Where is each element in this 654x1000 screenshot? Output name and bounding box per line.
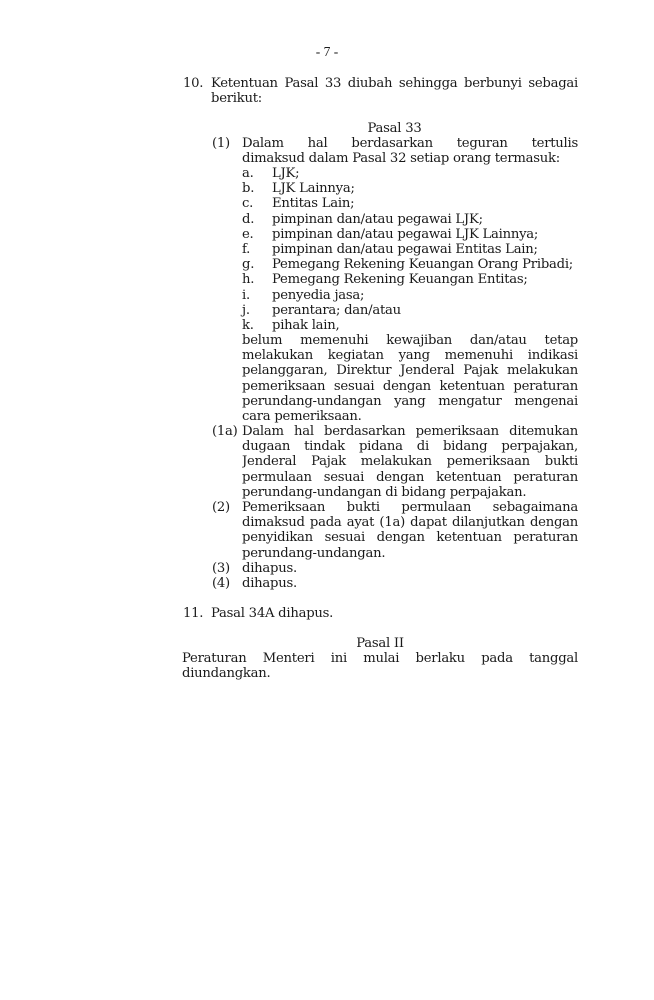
- point-label: i.: [242, 288, 250, 303]
- article-title-pasal-33: Pasal 33: [211, 121, 578, 136]
- ayat-2-line: penyidikan sesuai dengan ketentuan perat…: [242, 530, 578, 545]
- point-text: Entitas Lain;: [272, 196, 354, 211]
- item-11-text: Pasal 34A dihapus.: [211, 606, 333, 621]
- item-10-line: berikut:: [211, 91, 578, 106]
- point-text: penyedia jasa;: [272, 288, 364, 303]
- point-text: LJK;: [272, 166, 299, 181]
- pasal-2-line: Peraturan Menteri ini mulai berlaku pada…: [182, 651, 578, 666]
- page-number: - 7 -: [0, 44, 654, 60]
- item-10-text: Ketentuan Pasal 33 diubah sehingga berbu…: [211, 76, 578, 106]
- point-label: d.: [242, 212, 254, 227]
- ayat-2-text: Pemeriksaan bukti permulaan sebagaimana …: [242, 500, 578, 561]
- ayat-3-text: dihapus.: [242, 561, 297, 576]
- point-label: g.: [242, 257, 254, 272]
- point-text: pimpinan dan/atau pegawai LJK Lainnya;: [272, 227, 538, 242]
- pasal-2-text: Peraturan Menteri ini mulai berlaku pada…: [182, 651, 578, 681]
- ayat-2-line: dimaksud pada ayat (1a) dapat dilanjutka…: [242, 515, 578, 530]
- point-label: c.: [242, 196, 253, 211]
- point-text: pihak lain,: [272, 318, 339, 333]
- ayat-1-closing-line: belum memenuhi kewajiban dan/atau tetap: [242, 333, 578, 348]
- point-text: Pemegang Rekening Keuangan Orang Pribadi…: [272, 257, 573, 272]
- point-text: LJK Lainnya;: [272, 181, 355, 196]
- ayat-1-closing-line: melakukan kegiatan yang memenuhi indikas…: [242, 348, 578, 363]
- ayat-4-text: dihapus.: [242, 576, 297, 591]
- point-text: perantara; dan/atau: [272, 303, 401, 318]
- point-label: e.: [242, 227, 254, 242]
- ayat-1-intro: Dalam hal berdasarkan teguran tertulis s…: [242, 136, 578, 166]
- ayat-1-closing: belum memenuhi kewajiban dan/atau tetap …: [242, 333, 578, 424]
- point-text: Pemegang Rekening Keuangan Entitas;: [272, 272, 528, 287]
- ayat-4-number: (4): [212, 576, 230, 591]
- ayat-1a-line: perundang-undangan di bidang perpajakan.: [242, 485, 578, 500]
- point-text: pimpinan dan/atau pegawai LJK;: [272, 212, 483, 227]
- ayat-2-line: Pemeriksaan bukti permulaan sebagaimana: [242, 500, 578, 515]
- point-label: b.: [242, 181, 254, 196]
- point-label: j.: [242, 303, 250, 318]
- point-label: f.: [242, 242, 250, 257]
- ayat-1a-text: Dalam hal berdasarkan pemeriksaan ditemu…: [242, 424, 578, 500]
- ayat-1-number: (1): [212, 136, 230, 151]
- pasal-2-line: diundangkan.: [182, 666, 578, 681]
- ayat-1-line: dimaksud dalam Pasal 32 setiap orang ter…: [242, 151, 578, 166]
- item-10-number: 10.: [183, 76, 203, 91]
- item-10-line: Ketentuan Pasal 33 diubah sehingga berbu…: [211, 76, 578, 91]
- point-text: pimpinan dan/atau pegawai Entitas Lain;: [272, 242, 538, 257]
- ayat-1a-line: dugaan tindak pidana di bidang perpajaka…: [242, 439, 578, 454]
- point-label: h.: [242, 272, 254, 287]
- ayat-1-closing-line: pelanggaran, Direktur Jenderal Pajak mel…: [242, 363, 578, 378]
- item-11-number: 11.: [183, 606, 203, 621]
- ayat-1a-number: (1a): [212, 424, 238, 439]
- ayat-2-number: (2): [212, 500, 230, 515]
- ayat-1-line: Dalam hal berdasarkan teguran tertulis s…: [242, 136, 578, 151]
- ayat-1a-line: permulaan sesuai dengan ketentuan peratu…: [242, 470, 578, 485]
- ayat-1-closing-line: pemeriksaan sesuai dengan ketentuan pera…: [242, 379, 578, 394]
- ayat-1-closing-line: perundang-undangan yang mengatur mengena…: [242, 394, 578, 409]
- ayat-1-closing-line: cara pemeriksaan.: [242, 409, 578, 424]
- ayat-1a-line: Dalam hal berdasarkan pemeriksaan ditemu…: [242, 424, 578, 439]
- document-page: - 7 - 10. Ketentuan Pasal 33 diubah sehi…: [0, 0, 654, 1000]
- point-label: a.: [242, 166, 254, 181]
- ayat-1a-line: Jenderal Pajak melakukan pemeriksaan buk…: [242, 454, 578, 469]
- ayat-2-line: perundang-undangan.: [242, 546, 578, 561]
- ayat-3-number: (3): [212, 561, 230, 576]
- point-label: k.: [242, 318, 254, 333]
- article-title-pasal-2: Pasal II: [182, 636, 578, 651]
